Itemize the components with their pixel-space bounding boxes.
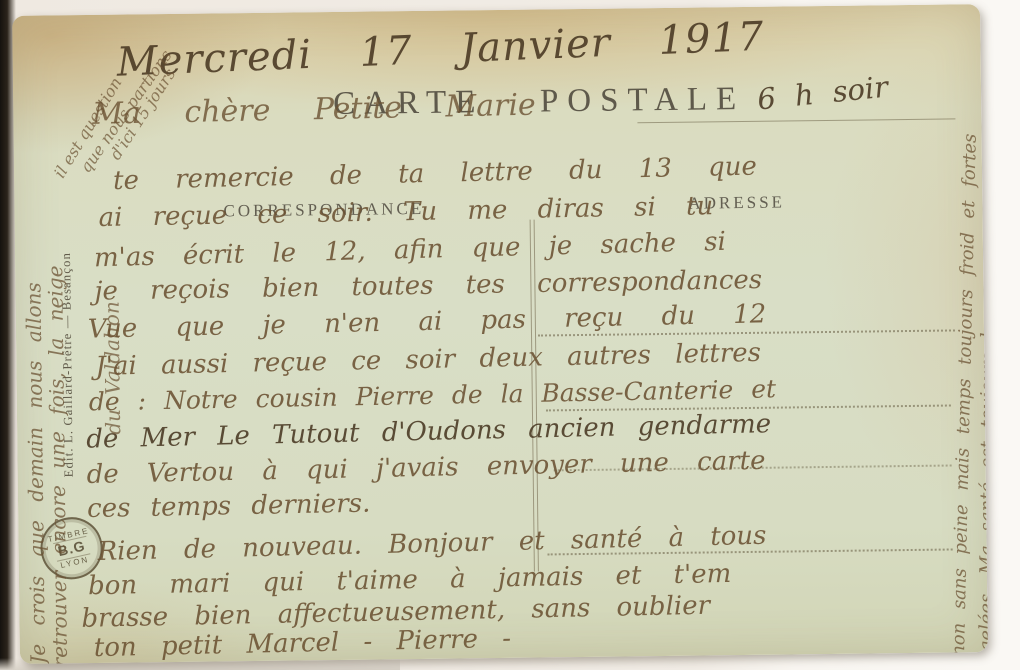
handwritten-margin-left: retrouver encore une fois, la neige xyxy=(43,265,72,663)
handwritten-line: te remercie de ta lettre du 13 que xyxy=(113,151,757,196)
handwritten-line: Vue que je n'en ai pas reçu du 12 xyxy=(88,299,767,344)
handwritten-margin-left: du Valdahon xyxy=(100,301,126,435)
handwritten-line: de Vertou à qui j'avais envoyer une cart… xyxy=(86,446,765,490)
time-underline xyxy=(637,118,955,123)
handwritten-date: Mercredi 17 Janvier 1917 xyxy=(116,14,765,86)
handwritten-time: 6 h soir xyxy=(756,70,890,117)
postcard-back: CARTE POSTALE CORRESPONDANCE ADRESSE TIM… xyxy=(12,4,988,664)
handwritten-line: J'ai aussi reçue ce soir deux autres let… xyxy=(95,338,761,382)
postcard-scan: { "card": { "printed": { "title_left": "… xyxy=(0,0,1020,670)
handwritten-line: de : Notre cousin Pierre de la Basse-Can… xyxy=(89,374,777,416)
title-postale: POSTALE xyxy=(540,81,746,121)
handwritten-line: je reçois bien toutes tes correspondance… xyxy=(94,265,762,307)
handwritten-margin-right: gelées. Ma santé est toujours bonne xyxy=(976,282,988,652)
handwritten-line: ces temps derniers. xyxy=(87,489,371,524)
handwritten-line: ai reçue ce soir. Tu me diras si tu xyxy=(98,191,713,233)
